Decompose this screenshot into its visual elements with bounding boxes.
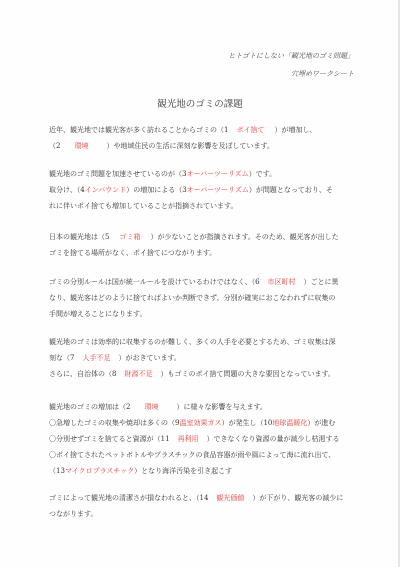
- text-line: 手間が増えることになります。: [49, 306, 369, 322]
- text-line: れに伴いポイ捨ても増加していることが指摘されています。: [49, 198, 369, 214]
- answer-9: 温室効果ガス: [179, 419, 221, 427]
- text-line: 観光地のゴミは効率的に収集するのが難しく、多くの人手を必要とするため、ゴミ収集は…: [49, 334, 369, 350]
- paragraph-collection: 観光地のゴミは効率的に収集するのが難しく、多くの人手を必要とするため、ゴミ収集は…: [49, 334, 369, 382]
- text-line: （13マイクロプラスチック）となり海洋汚染を引き起こす: [49, 463, 369, 479]
- paragraph-tourism-value: ゴミによって観光地の清潔さが損なわれると、（14観光価値）が下がり、観光客の減少…: [49, 490, 369, 522]
- answer-8: 財源不足: [124, 370, 152, 378]
- text-line: なり、観光客はどのように捨てればよいか判断できず、分別が確実におこなわれずに収集…: [49, 290, 369, 306]
- paragraph-intro: 近年、観光地では観光客が多く訪れることからゴミの（1ポイ捨て）が増加し、 （2環…: [49, 122, 369, 154]
- worksheet-header: ヒトゴトにしない「観光地のゴミ問題」 穴埋めワークシート: [228, 47, 354, 83]
- page-title: 観光地のゴミの課題: [0, 96, 400, 110]
- text-line: 〇急増したゴミの収集や焼却は多くの（9温室効果ガス）が発生し（10地球温暖化）が…: [49, 415, 369, 431]
- worksheet-page: ヒトゴトにしない「観光地のゴミ問題」 穴埋めワークシート 観光地のゴミの課題 近…: [0, 0, 398, 567]
- answer-1: ポイ捨て: [236, 126, 264, 134]
- text-line: 日本の観光地は（5ゴミ箱）が少ないことが指摘されます。そのため、観光客が出した: [49, 229, 369, 245]
- answer-11: 再利用: [178, 435, 199, 443]
- text-line: 〇ポイ捨てされたペットボトルやプラスチックの食品容器が雨や風によって海に流れ出て…: [49, 447, 369, 463]
- text-line: 近年、観光地では観光客が多く訪れることからゴミの（1ポイ捨て）が増加し、: [49, 122, 369, 138]
- answer-10: 地球温暖化: [272, 419, 307, 427]
- header-subtitle: 穴埋めワークシート: [228, 65, 354, 83]
- paragraph-overtourism: 観光地のゴミ問題を加速させているのが（3オーバーツーリズム）です。 取分け、（4…: [49, 166, 369, 214]
- text-line: 刻な（7人手不足）がおきています。: [49, 350, 369, 366]
- answer-6: 市区町村: [268, 278, 296, 286]
- text-line: 観光地のゴミの増加は（2環境）に様々な影響を与えます。: [49, 399, 369, 415]
- header-series-title: ヒトゴトにしない「観光地のゴミ問題」: [228, 47, 354, 65]
- answer-2: 環境: [74, 142, 88, 150]
- text-line: ゴミを捨てる場所がなく、ポイ捨てにつながります。: [49, 245, 369, 261]
- paragraph-trash-bins: 日本の観光地は（5ゴミ箱）が少ないことが指摘されます。そのため、観光客が出した …: [49, 229, 369, 261]
- text-line: さらに、自治体の（8財源不足）もゴミのポイ捨て問題の大きな要因となっています。: [49, 366, 369, 382]
- text-line: ゴミの分別ルールは国が統一ルールを設けているわけではなく、（6市区町村）ごとに異: [49, 274, 369, 290]
- text-line: 取分け、（4インバウンド）の増加による（3オーバーツーリズム）が問題となっており…: [49, 182, 369, 198]
- text-line: ゴミによって観光地の清潔さが損なわれると、（14観光価値）が下がり、観光客の減少…: [49, 490, 369, 506]
- text-line: 観光地のゴミ問題を加速させているのが（3オーバーツーリズム）です。: [49, 166, 369, 182]
- answer-7: 人手不足: [82, 354, 110, 362]
- answer-3: オーバーツーリズム: [186, 170, 248, 178]
- answer-13: マイクロプラスチック: [65, 467, 134, 475]
- answer-14: 観光価値: [216, 494, 244, 502]
- answer-2-repeat: 環境: [144, 403, 158, 411]
- text-line: つながります。: [49, 506, 369, 522]
- answer-4: インバウンド: [85, 186, 127, 194]
- answer-3-repeat: オーバーツーリズム: [187, 186, 249, 194]
- paragraph-environment: 観光地のゴミの増加は（2環境）に様々な影響を与えます。 〇急増したゴミの収集や焼…: [49, 399, 369, 479]
- answer-5: ゴミ箱: [119, 233, 140, 241]
- text-line: 〇分別せずゴミを捨てると資源が（11再利用）できなくなり資源の量が減少し枯渇する: [49, 431, 369, 447]
- text-line: （2環境）や地域住民の生活に深刻な影響を及ぼしています。: [49, 138, 369, 154]
- paragraph-sorting-rules: ゴミの分別ルールは国が統一ルールを設けているわけではなく、（6市区町村）ごとに異…: [49, 274, 369, 322]
